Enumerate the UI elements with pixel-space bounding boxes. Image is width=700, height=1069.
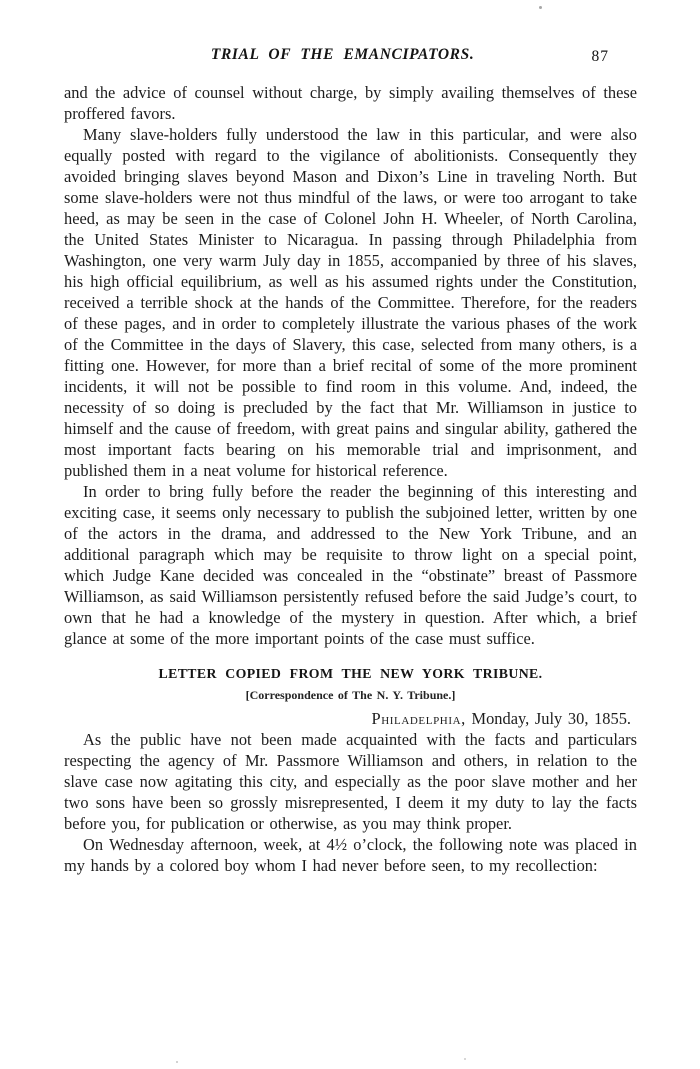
dateline-place: Philadelphia, bbox=[372, 709, 466, 728]
text-block: and the advice of counsel without charge… bbox=[64, 82, 637, 876]
page-header-title: TRIAL OF THE EMANCIPATORS. bbox=[211, 46, 474, 64]
scan-artifact-dot bbox=[539, 6, 542, 9]
letter-paragraph: As the public have not been made acquain… bbox=[64, 729, 637, 834]
letter-paragraph: On Wednesday afternoon, week, at 4½ o’cl… bbox=[64, 834, 637, 876]
dateline-date: Monday, July 30, 1855. bbox=[466, 709, 631, 728]
scan-artifact-dot bbox=[176, 1061, 178, 1063]
dateline: Philadelphia, Monday, July 30, 1855. bbox=[64, 709, 637, 729]
scan-artifact-dot bbox=[464, 1058, 466, 1060]
page-number: 87 bbox=[592, 48, 610, 66]
paragraph-continuation: and the advice of counsel without charge… bbox=[64, 82, 637, 124]
section-heading: LETTER COPIED FROM THE NEW YORK TRIBUNE. bbox=[64, 664, 637, 683]
running-head: TRIAL OF THE EMANCIPATORS. 87 bbox=[64, 46, 637, 70]
book-page: TRIAL OF THE EMANCIPATORS. 87 and the ad… bbox=[0, 0, 700, 1069]
paragraph: Many slave-holders fully understood the … bbox=[64, 124, 637, 481]
correspondence-note: [Correspondence of The N. Y. Tribune.] bbox=[64, 688, 637, 703]
paragraph: In order to bring fully before the reade… bbox=[64, 481, 637, 649]
